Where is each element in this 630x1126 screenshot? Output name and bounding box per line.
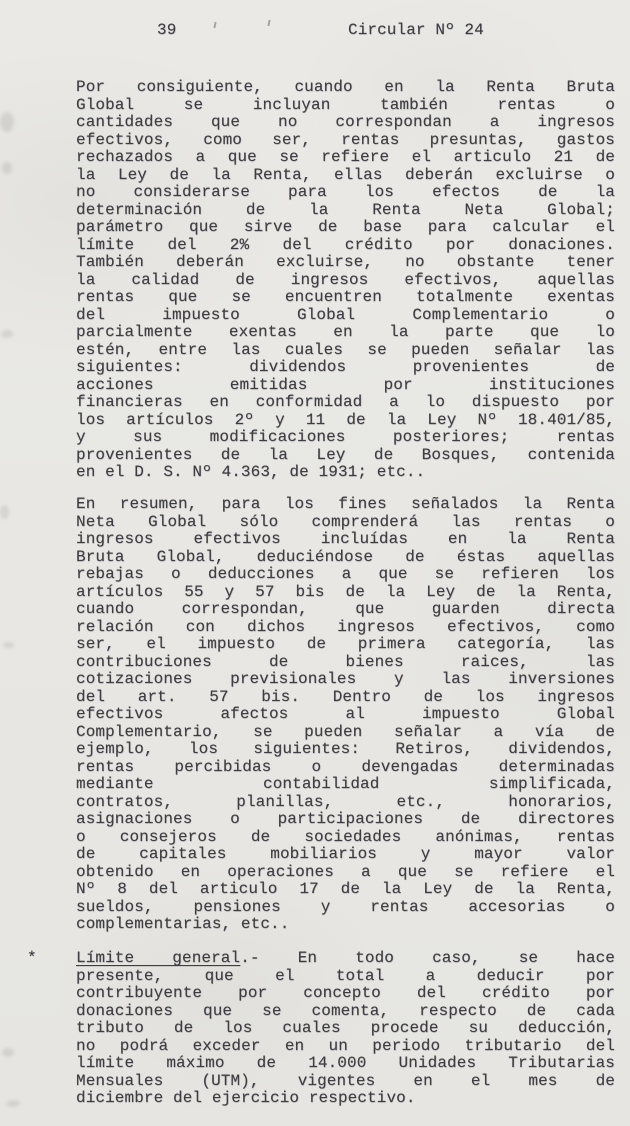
text-line: En resumen, para los fines señalados la … [76,496,615,514]
text-line: sueldos, pensiones y rentas accesorias o [76,899,615,917]
scan-smudge [0,505,9,519]
text-line: o consejeros de sociedades anónimas, ren… [76,829,615,847]
text-line: Complementario, se pueden señalar a vía … [76,724,615,742]
text-line: También deberán excluirse, no obstante t… [76,254,615,272]
scan-smudge [0,112,14,132]
document-page: 39 Circular Nº 24 Por consiguiente, cuan… [0,0,630,1126]
text-line: rebajas o deducciones a que se refieren … [76,566,615,584]
text-line: diciembre del ejercicio respectivo. [76,1090,615,1108]
scan-smudge [1,330,13,338]
text-line: determinación de la Renta Neta Global; [76,202,615,220]
text-line: mediante contabilidad simplificada, [76,776,615,794]
text-line: no podrá exceder en un periodo tributari… [76,1038,615,1056]
page-number: 39 [157,22,176,40]
paragraph-2: En resumen, para los fines señalados la … [76,496,615,934]
text-line: acciones emitidas por instituciones [76,377,615,395]
paragraph-1: Por consiguiente, cuando en la Renta Bru… [76,79,615,482]
text-line: los artículos 2º y 11 de la Ley Nº 18.40… [76,412,615,430]
text-line: ejemplo, los siguientes: Retiros, divide… [76,741,615,759]
text-line-rest: .- En todo caso, se hace [240,949,615,967]
text-line: Neta Global sólo comprenderá las rentas … [76,514,615,532]
text-line: artículos 55 y 57 bis de la Ley de la Re… [76,584,615,602]
text-line: parcialmente exentas en la parte que lo [76,324,615,342]
text-line: cantidades que no correspondan a ingreso… [76,114,615,132]
paragraph-3: Límite general.- En todo caso, se hace p… [76,950,615,1108]
text-line: contribuciones de bienes raices, las [76,654,615,672]
text-line: Nº 8 del articulo 17 de la Ley de la Ren… [76,881,615,899]
text-line: contratos, planillas, etc., honorarios, [76,794,615,812]
text-line: la Ley de la Renta, ellas deberán exclui… [76,167,615,185]
text-line: rentas percibidas o devengadas determina… [76,759,615,777]
text-line: Mensuales (UTM), vigentes en el mes de [76,1073,615,1091]
text-line: efectivos afectos al impuesto Global [76,706,615,724]
text-line: presente, que el total a deducir por [76,968,615,986]
scan-tick-mark [213,22,216,28]
text-line: y sus modificaciones posteriores; rentas [76,429,615,447]
text-line: del impuesto Global Complementario o [76,307,615,325]
scan-smudge [6,1100,20,1107]
text-line: límite del 2% del crédito por donaciones… [76,237,615,255]
text-line: no considerarse para los efectos de la [76,184,615,202]
text-line: límite máximo de 14.000 Unidades Tributa… [76,1055,615,1073]
text-line: complementarias, etc.. [76,916,615,934]
circular-title: Circular Nº 24 [348,22,484,40]
text-line: asignaciones o participaciones de direct… [76,811,615,829]
text-line: obtenido en operaciones a que se refiere… [76,864,615,882]
text-line: Global se incluyan también rentas o [76,97,615,115]
text-line: relación con dichos ingresos efectivos, … [76,619,615,637]
text-line: de capitales mobiliarios y mayor valor [76,846,615,864]
text-line: del art. 57 bis. Dentro de los ingresos [76,689,615,707]
text-line: Bruta Global, deduciéndose de éstas aque… [76,549,615,567]
text-line: estén, entre las cuales se pueden señala… [76,342,615,360]
text-line: parámetro que sirve de base para calcula… [76,219,615,237]
text-line: ingresos efectivos incluídas en la Renta [76,531,615,549]
text-line: la calidad de ingresos efectivos, aquell… [76,272,615,290]
scan-smudge [2,162,12,174]
text-line: rentas que se encuentren totalmente exen… [76,289,615,307]
text-line: en el D. S. Nº 4.363, de 1931; etc.. [76,464,615,482]
scan-smudge [2,1048,14,1057]
text-line: provenientes de la Ley de Bosques, conte… [76,447,615,465]
text-line: efectivos, como ser, rentas presuntas, g… [76,132,615,150]
text-line: Por consiguiente, cuando en la Renta Bru… [76,79,615,97]
text-line: siguientes: dividendos provenientes de [76,359,615,377]
text-line: donaciones que se comenta, respecto de c… [76,1003,615,1021]
text-line: rechazados a que se refiere el articulo … [76,149,615,167]
margin-asterisk: * [27,950,37,968]
text-line: tributo de los cuales procede su deducci… [76,1020,615,1038]
text-line: cotizaciones previsionales y las inversi… [76,671,615,689]
text-line: cuando correspondan, que guarden directa [76,601,615,619]
text-line: financieras en conformidad a lo dispuest… [76,394,615,412]
text-line: ser, el impuesto de primera categoría, l… [76,636,615,654]
scan-smudge [3,642,14,648]
paragraph-3-remaining-lines: presente, que el total a deducir porcont… [76,968,615,1108]
text-line: Límite general.- En todo caso, se hace [76,950,615,968]
scan-tick-mark [267,20,270,26]
limite-general-heading: Límite general [76,949,240,967]
text-line: contribuyente por concepto del crédito p… [76,985,615,1003]
